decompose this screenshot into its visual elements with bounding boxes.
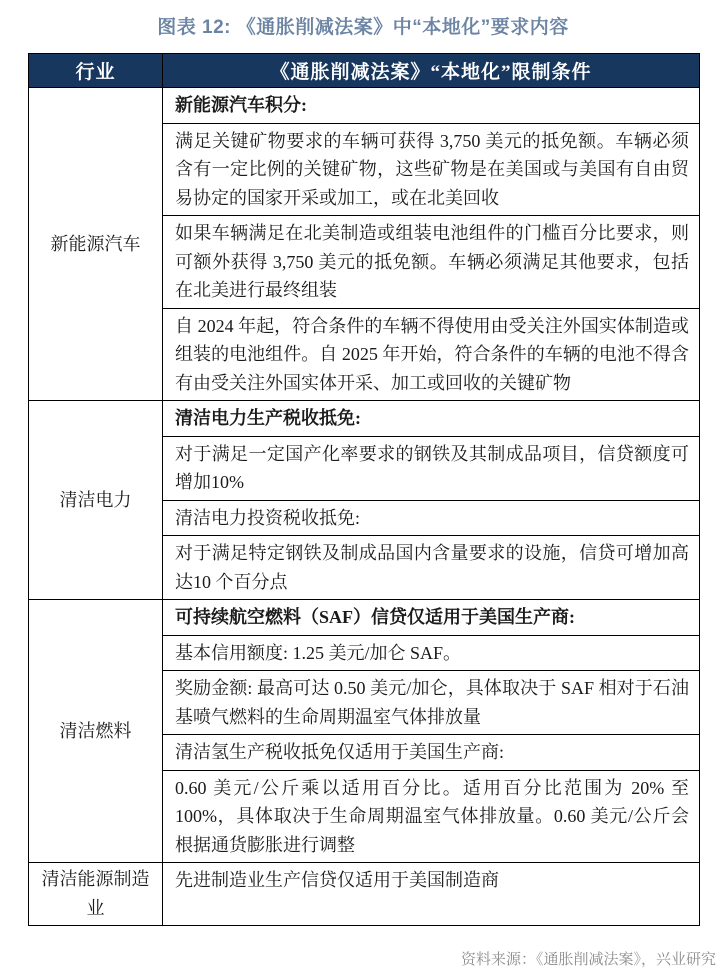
condition-cell: 自 2024 年起，符合条件的车辆不得使用由受关注外国实体制造或组装的电池组件。…	[163, 308, 700, 401]
table-row: 清洁燃料可持续航空燃料（SAF）信贷仅适用于美国生产商:	[29, 600, 700, 636]
condition-cell: 基本信用额度: 1.25 美元/加仑 SAF。	[163, 635, 700, 671]
condition-cell: 新能源汽车积分:	[163, 88, 700, 124]
industry-cell: 新能源汽车	[29, 88, 163, 401]
table-body: 新能源汽车新能源汽车积分:满足关键矿物要求的车辆可获得 3,750 美元的抵免额…	[29, 88, 700, 926]
source-note: 资料来源：《通胀削减法案》，兴业研究	[461, 948, 716, 969]
ira-localization-table: 行业 《通胀削减法案》“本地化”限制条件 新能源汽车新能源汽车积分:满足关键矿物…	[28, 53, 700, 926]
condition-cell: 清洁电力生产税收抵免:	[163, 401, 700, 437]
figure-title: 图表 12: 《通胀削减法案》中“本地化”要求内容	[0, 12, 726, 39]
condition-cell: 清洁氢生产税收抵免仅适用于美国生产商:	[163, 735, 700, 771]
condition-cell: 对于满足一定国产化率要求的钢铁及其制成品项目，信贷额度可增加10%	[163, 436, 700, 500]
condition-cell: 满足关键矿物要求的车辆可获得 3,750 美元的抵免额。车辆必须含有一定比例的关…	[163, 123, 700, 216]
industry-cell: 清洁燃料	[29, 600, 163, 863]
condition-cell: 0.60 美元/公斤乘以适用百分比。适用百分比范围为 20% 至 100%，具体…	[163, 770, 700, 863]
header-row: 行业 《通胀削减法案》“本地化”限制条件	[29, 54, 700, 88]
table-header: 行业 《通胀削减法案》“本地化”限制条件	[29, 54, 700, 88]
column-header-conditions: 《通胀削减法案》“本地化”限制条件	[163, 54, 700, 88]
industry-cell: 清洁能源制造业	[29, 863, 163, 926]
condition-cell: 清洁电力投资税收抵免:	[163, 500, 700, 536]
condition-cell: 先进制造业生产信贷仅适用于美国制造商	[163, 863, 700, 926]
table-row: 清洁能源制造业先进制造业生产信贷仅适用于美国制造商	[29, 863, 700, 926]
table-row: 清洁电力清洁电力生产税收抵免:	[29, 401, 700, 437]
condition-cell: 如果车辆满足在北美制造或组装电池组件的门槛百分比要求，则可额外获得 3,750 …	[163, 216, 700, 309]
condition-cell: 对于满足特定钢铁及制成品国内含量要求的设施，信贷可增加高达10 个百分点	[163, 536, 700, 600]
condition-cell: 可持续航空燃料（SAF）信贷仅适用于美国生产商:	[163, 600, 700, 636]
industry-cell: 清洁电力	[29, 401, 163, 600]
condition-cell: 奖励金额: 最高可达 0.50 美元/加仑，具体取决于 SAF 相对于石油基喷气…	[163, 671, 700, 735]
table-row: 新能源汽车新能源汽车积分:	[29, 88, 700, 124]
column-header-industry: 行业	[29, 54, 163, 88]
